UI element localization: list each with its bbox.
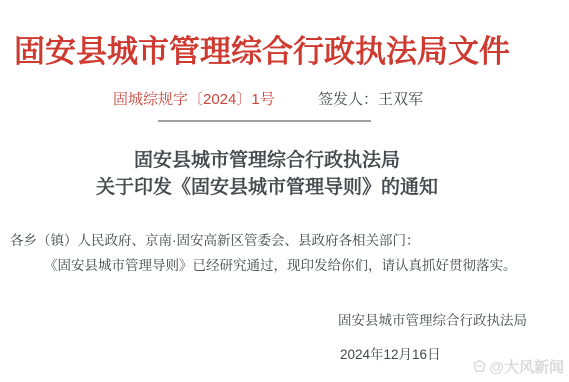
document-page: 固安县城市管理综合行政执法局文件 固城综规字〔2024〕1号 签发人：王双军 固… (0, 0, 569, 382)
document-number: 固城综规字〔2024〕1号 (113, 88, 275, 109)
watermark-text: @大风新闻 (489, 356, 564, 377)
recipients-line: 各乡（镇）人民政府、京南·固安高新区管委会、县政府各相关部门： (10, 229, 420, 249)
document-header-banner: 固安县城市管理综合行政执法局文件 (14, 26, 559, 71)
document-title-line2: 关于印发《固安县城市管理导则》的通知 (0, 174, 534, 201)
header-divider (158, 120, 371, 122)
document-meta-row: 固城综规字〔2024〕1号 签发人：王双军 (0, 88, 569, 108)
body-paragraph: 《固安县城市管理导则》已经研究通过，现印发给你们，请认真抓好贯彻落实。 (44, 254, 517, 274)
news-watermark: @大风新闻 (472, 356, 564, 377)
document-title-line1: 固安县城市管理综合行政执法局 (0, 147, 534, 174)
signature-date: 2024年12月16日 (340, 343, 441, 363)
document-title: 固安县城市管理综合行政执法局 关于印发《固安县城市管理导则》的通知 (0, 147, 534, 201)
signature-agency: 固安县城市管理综合行政执法局 (338, 309, 527, 329)
issuer-info: 签发人：王双军 (318, 88, 423, 109)
dafeng-news-logo-icon (472, 359, 487, 374)
